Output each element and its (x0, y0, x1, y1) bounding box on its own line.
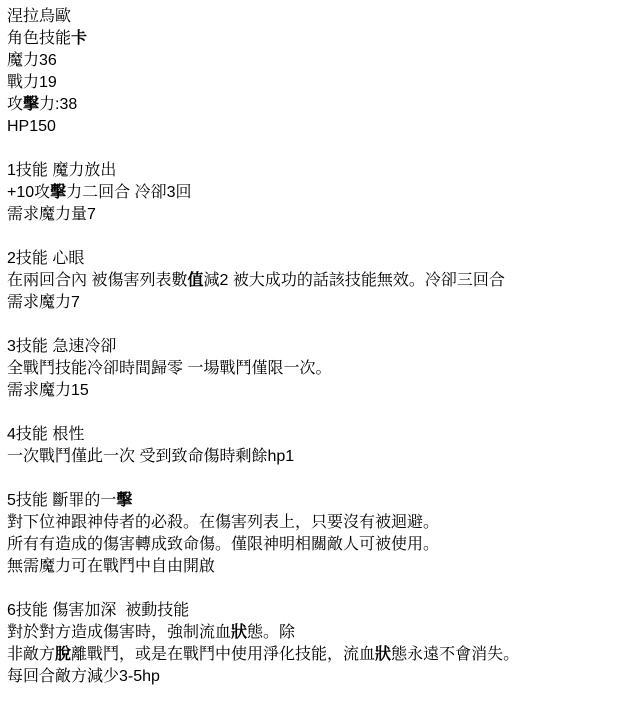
text-block-skill-1: 1技能 魔力放出+10攻擊力二回合 冷卻3回需求魔力量7 (7, 160, 627, 226)
bold-char: 脫 (55, 646, 71, 663)
text-block-skill-6: 6技能 傷害加深 被動技能對於對方造成傷害時，強制流血狀態。除非敵方脫離戰鬥，或… (7, 600, 627, 688)
bold-char: 值 (187, 272, 203, 289)
text-line: 5技能 斷罪的一擊 (7, 490, 627, 512)
text-line: 一次戰鬥僅此一次 受到致命傷時剩餘hp1 (7, 446, 627, 468)
text-line: 對於對方造成傷害時，強制流血狀態。除 (7, 622, 627, 644)
text-line: 無需魔力可在戰鬥中自由開啟 (7, 556, 627, 578)
text-line: 每回合敵方減少3-5hp (7, 666, 627, 688)
text-line: 在兩回合內 被傷害列表數值減2 被大成功的話該技能無效。冷卻三回合 (7, 270, 627, 292)
text-line: 6技能 傷害加深 被動技能 (7, 600, 627, 622)
text-block-character-stats: 涅拉烏歐角色技能卡魔力36戰力19攻擊力:38HP150 (7, 6, 627, 138)
text-line: 涅拉烏歐 (7, 6, 627, 28)
bold-char: 擊 (116, 492, 132, 509)
bold-char: 狀 (375, 646, 391, 663)
text-line: 3技能 急速冷卻 (7, 336, 627, 358)
text-line: 非敵方脫離戰鬥，或是在戰鬥中使用淨化技能，流血狀態永遠不會消失。 (7, 644, 627, 666)
text-line: 攻擊力:38 (7, 94, 627, 116)
bold-char: 卡 (71, 30, 87, 47)
text-line: 需求魔力7 (7, 292, 627, 314)
text-line: 4技能 根性 (7, 424, 627, 446)
text-line: 2技能 心眼 (7, 248, 627, 270)
text-line: 對下位神跟神侍者的必殺。在傷害列表上，只要沒有被迴避。 (7, 512, 627, 534)
text-line: 角色技能卡 (7, 28, 627, 50)
document-page: 涅拉烏歐角色技能卡魔力36戰力19攻擊力:38HP1501技能 魔力放出+10攻… (0, 0, 635, 701)
bold-char: 擊 (50, 184, 66, 201)
bold-char: 擊 (23, 96, 39, 113)
text-line: HP150 (7, 116, 627, 138)
text-block-skill-3: 3技能 急速冷卻全戰鬥技能冷卻時間歸零 一場戰鬥僅限一次。需求魔力15 (7, 336, 627, 402)
bold-char: 狀 (231, 624, 247, 641)
text-line: 戰力19 (7, 72, 627, 94)
text-line: 所有有造成的傷害轉成致命傷。僅限神明相關敵人可被使用。 (7, 534, 627, 556)
text-block-skill-5: 5技能 斷罪的一擊對下位神跟神侍者的必殺。在傷害列表上，只要沒有被迴避。所有有造… (7, 490, 627, 578)
text-block-skill-2: 2技能 心眼在兩回合內 被傷害列表數值減2 被大成功的話該技能無效。冷卻三回合需… (7, 248, 627, 314)
text-line: 1技能 魔力放出 (7, 160, 627, 182)
text-line: 全戰鬥技能冷卻時間歸零 一場戰鬥僅限一次。 (7, 358, 627, 380)
text-line: 需求魔力15 (7, 380, 627, 402)
text-block-skill-4: 4技能 根性一次戰鬥僅此一次 受到致命傷時剩餘hp1 (7, 424, 627, 468)
text-line: 魔力36 (7, 50, 627, 72)
text-line: +10攻擊力二回合 冷卻3回 (7, 182, 627, 204)
text-line: 需求魔力量7 (7, 204, 627, 226)
skill-card-text: 涅拉烏歐角色技能卡魔力36戰力19攻擊力:38HP1501技能 魔力放出+10攻… (0, 0, 635, 688)
